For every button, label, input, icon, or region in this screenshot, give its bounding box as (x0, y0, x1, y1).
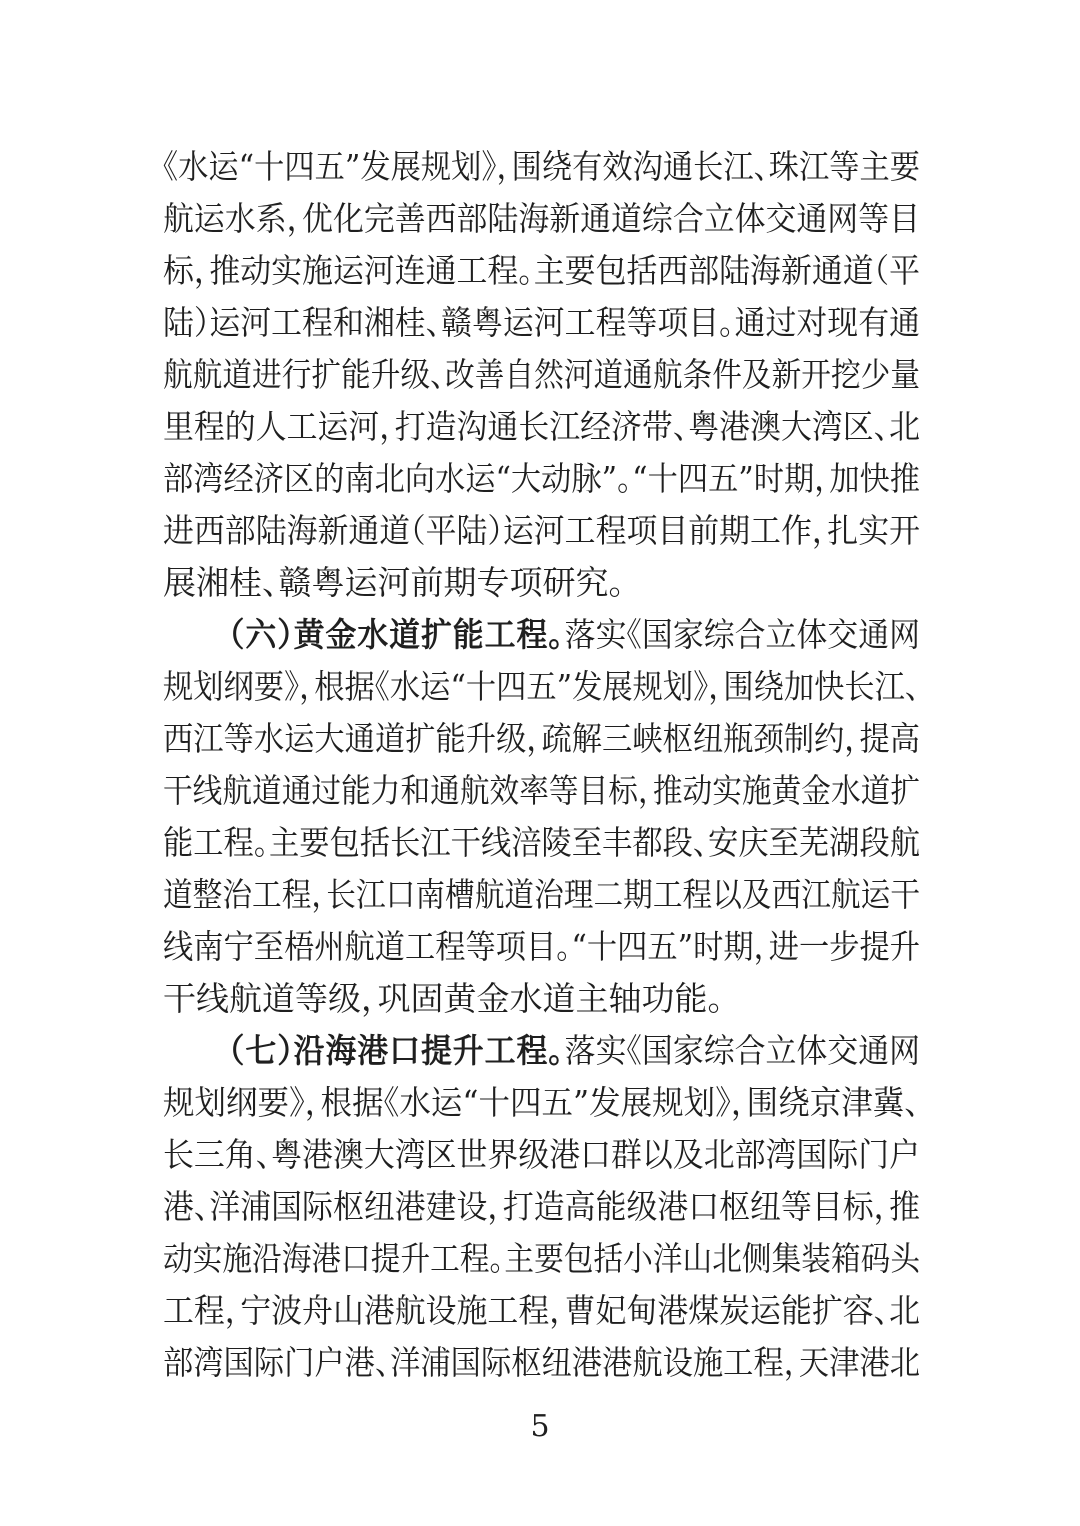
text-line-content: 航运水系，优化完善西部陆海新通道综合立体交通网等目 (163, 193, 920, 245)
text-line-content: 航航道进行扩能升级、改善自然河道通航条件及新开挖少量 (163, 349, 920, 401)
text-line-content: 道整治工程，长江口南槽航道治理二期工程以及西江航运干 (163, 869, 920, 921)
paragraph-heading: （六）黄金水道扩能工程。 (229, 615, 565, 654)
text-line-content: 工程，宁波舟山港航设施工程，曹妃甸港煤炭运能扩容、北 (163, 1285, 920, 1337)
paragraph-heading: （七）沿海港口提升工程。 (229, 1031, 565, 1070)
text-line: 规划纲要》，根据《水运“十四五”发展规划》，围绕京津冀、 (163, 1077, 920, 1129)
text-line: 部湾经济区的南北向水运“大动脉”。“十四五”时期，加快推 (163, 453, 920, 505)
text-line: （六）黄金水道扩能工程。落实《国家综合立体交通网 (163, 609, 920, 661)
text-line: 动实施沿海港口提升工程。主要包括小洋山北侧集装箱码头 (163, 1233, 920, 1285)
text-line-content: 干线航道通过能力和通航效率等目标，推动实施黄金水道扩 (163, 765, 920, 817)
text-line: 工程，宁波舟山港航设施工程，曹妃甸港煤炭运能扩容、北 (163, 1285, 920, 1337)
text-line-content: 动实施沿海港口提升工程。主要包括小洋山北侧集装箱码头 (163, 1233, 920, 1285)
page-number: 5 (0, 1401, 1080, 1453)
text-line-content: 线南宁至梧州航道工程等项目。“十四五”时期，进一步提升 (163, 921, 920, 973)
text-line-content: 《水运“十四五”发展规划》，围绕有效沟通长江、珠江等主要 (163, 141, 920, 193)
text-line-content: 规划纲要》，根据《水运“十四五”发展规划》，围绕京津冀、 (163, 1077, 920, 1129)
text-line-content: 标，推动实施运河连通工程。主要包括西部陆海新通道（平 (163, 245, 920, 297)
text-line-content: 里程的人工运河，打造沟通长江经济带、粤港澳大湾区、北 (163, 401, 920, 453)
text-line: 长三角、粤港澳大湾区世界级港口群以及北部湾国际门户 (163, 1129, 920, 1181)
page-body: 《水运“十四五”发展规划》，围绕有效沟通长江、珠江等主要航运水系，优化完善西部陆… (163, 141, 920, 1389)
text-line-content: 长三角、粤港澳大湾区世界级港口群以及北部湾国际门户 (163, 1129, 920, 1181)
text-line-content: 部湾国际门户港、洋浦国际枢纽港港航设施工程，天津港北 (163, 1337, 920, 1389)
text-line: 西江等水运大通道扩能升级，疏解三峡枢纽瓶颈制约，提高 (163, 713, 920, 765)
text-line: 里程的人工运河，打造沟通长江经济带、粤港澳大湾区、北 (163, 401, 920, 453)
text-line: 进西部陆海新通道（平陆）运河工程项目前期工作，扎实开 (163, 505, 920, 557)
text-line: 规划纲要》，根据《水运“十四五”发展规划》，围绕加快长江、 (163, 661, 920, 713)
text-line-content: 进西部陆海新通道（平陆）运河工程项目前期工作，扎实开 (163, 505, 920, 557)
text-line-content: 陆）运河工程和湘桂、赣粤运河工程等项目。通过对现有通 (163, 297, 920, 349)
text-line: 展湘桂、赣粤运河前期专项研究。 (163, 557, 920, 609)
text-line-content: 展湘桂、赣粤运河前期专项研究。 (163, 557, 625, 609)
text-line-content: 西江等水运大通道扩能升级，疏解三峡枢纽瓶颈制约，提高 (163, 713, 920, 765)
text-line: 道整治工程，长江口南槽航道治理二期工程以及西江航运干 (163, 869, 920, 921)
document-page: 《水运“十四五”发展规划》，围绕有效沟通长江、珠江等主要航运水系，优化完善西部陆… (0, 0, 1080, 1526)
text-line: 港、洋浦国际枢纽港建设，打造高能级港口枢纽等目标，推 (163, 1181, 920, 1233)
text-line: 陆）运河工程和湘桂、赣粤运河工程等项目。通过对现有通 (163, 297, 920, 349)
text-line-content: （六）黄金水道扩能工程。落实《国家综合立体交通网 (229, 609, 920, 661)
text-line: 干线航道等级，巩固黄金水道主轴功能。 (163, 973, 920, 1025)
text-line-content: 能工程。主要包括长江干线涪陵至丰都段、安庆至芜湖段航 (163, 817, 920, 869)
text-line-content: 规划纲要》，根据《水运“十四五”发展规划》，围绕加快长江、 (163, 661, 920, 713)
text-line: 《水运“十四五”发展规划》，围绕有效沟通长江、珠江等主要 (163, 141, 920, 193)
text-line: （七）沿海港口提升工程。落实《国家综合立体交通网 (163, 1025, 920, 1077)
text-line: 航运水系，优化完善西部陆海新通道综合立体交通网等目 (163, 193, 920, 245)
text-line: 航航道进行扩能升级、改善自然河道通航条件及新开挖少量 (163, 349, 920, 401)
text-line: 部湾国际门户港、洋浦国际枢纽港港航设施工程，天津港北 (163, 1337, 920, 1389)
text-line: 干线航道通过能力和通航效率等目标，推动实施黄金水道扩 (163, 765, 920, 817)
text-line-content: 港、洋浦国际枢纽港建设，打造高能级港口枢纽等目标，推 (163, 1181, 920, 1233)
text-line: 能工程。主要包括长江干线涪陵至丰都段、安庆至芜湖段航 (163, 817, 920, 869)
text-line-content: 部湾经济区的南北向水运“大动脉”。“十四五”时期，加快推 (163, 453, 920, 505)
text-line-content: 干线航道等级，巩固黄金水道主轴功能。 (163, 973, 724, 1025)
text-line-content: （七）沿海港口提升工程。落实《国家综合立体交通网 (229, 1025, 920, 1077)
text-line: 线南宁至梧州航道工程等项目。“十四五”时期，进一步提升 (163, 921, 920, 973)
text-line: 标，推动实施运河连通工程。主要包括西部陆海新通道（平 (163, 245, 920, 297)
